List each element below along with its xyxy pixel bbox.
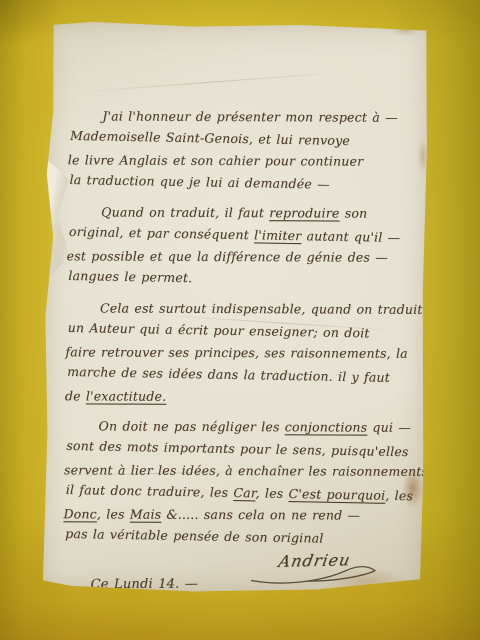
letter-line: langues le permet. (68, 265, 414, 293)
letter-text: J'ai l'honneur de présenter mon respect … (102, 108, 398, 124)
signature: Andrieu (247, 549, 383, 571)
underlined-word: Car (233, 485, 255, 500)
letter-text: sont des mots importants pour le sens, p… (66, 438, 409, 459)
letter-text: On doit ne pas négliger les (99, 418, 285, 434)
letter-text: Mademoiselle Saint-Genois, et lui renvoy… (70, 128, 350, 148)
letter-line: pas la véritable pensée de son original (65, 523, 411, 551)
underlined-word: reproduire (269, 205, 339, 220)
letter-text: il faut donc traduire, les (66, 482, 234, 500)
letter-text: Quand on traduit, il faut (101, 204, 269, 220)
letter-text: pas la véritable pensée de son original (65, 526, 324, 546)
letter-text: autant qu'il — (301, 228, 400, 245)
letter-text: qui — (367, 420, 411, 435)
letter-text: , les (385, 488, 413, 504)
letter-line: la traduction que je lui ai demandée — (69, 169, 415, 197)
letter-text: Cela est surtout indispensable, quand on… (100, 300, 423, 316)
letter-paragraph: On doit ne pas négliger les conjonctions… (63, 414, 411, 550)
underlined-word: C'est pourquoi (288, 486, 385, 503)
letter-text: , les (255, 485, 288, 501)
letter-content: J'ai l'honneur de présenter mon respect … (41, 20, 430, 596)
letter-text: faire retrouver ses principes, ses raiso… (65, 344, 407, 360)
letter-paragraph: Quand on traduit, il faut reproduire son… (66, 200, 413, 292)
letter-text: le livre Anglais et son cahier pour cont… (68, 152, 364, 168)
underlined-word: Mais (130, 507, 162, 522)
date-line: Ce Lundi 14. — (91, 577, 198, 593)
letter-text: langues le permet. (68, 268, 192, 285)
letter-text: un Auteur qui a écrit pour enseigner; on… (68, 320, 370, 341)
photo-background: J'ai l'honneur de présenter mon respect … (0, 0, 480, 640)
letter-paragraph: J'ai l'honneur de présenter mon respect … (67, 104, 414, 196)
underlined-word: l'imiter (254, 227, 302, 243)
letter-text: la traduction que je lui ai demandée — (69, 172, 329, 192)
letter-text: &..... sans cela on ne rend — (161, 507, 360, 523)
letter-paragraph: Cela est surtout indispensable, quand on… (65, 296, 412, 410)
letter-text: son (340, 205, 368, 220)
underlined-word: Donc (63, 506, 96, 521)
letter-text: de (65, 388, 86, 403)
letter-text: original, et par conséquent (69, 224, 254, 242)
letter-text: servent à lier les idées, à enchaîner le… (64, 462, 433, 479)
closing-row: Ce Lundi 14. — Andrieu (63, 554, 409, 595)
letter-text: est possible et que la différence de gén… (67, 248, 388, 264)
letter-lines: J'ai l'honneur de présenter mon respect … (63, 104, 414, 550)
letter-line: de l'exactitude. (65, 385, 411, 409)
letter-text: marche de ses idées dans la traduction. … (67, 364, 390, 385)
letter-paper: J'ai l'honneur de présenter mon respect … (41, 20, 430, 596)
underlined-word: conjonctions (285, 419, 368, 434)
signature-block: Andrieu (248, 550, 381, 587)
letter-text: , les (97, 506, 130, 521)
underlined-word: l'exactitude. (86, 388, 166, 403)
